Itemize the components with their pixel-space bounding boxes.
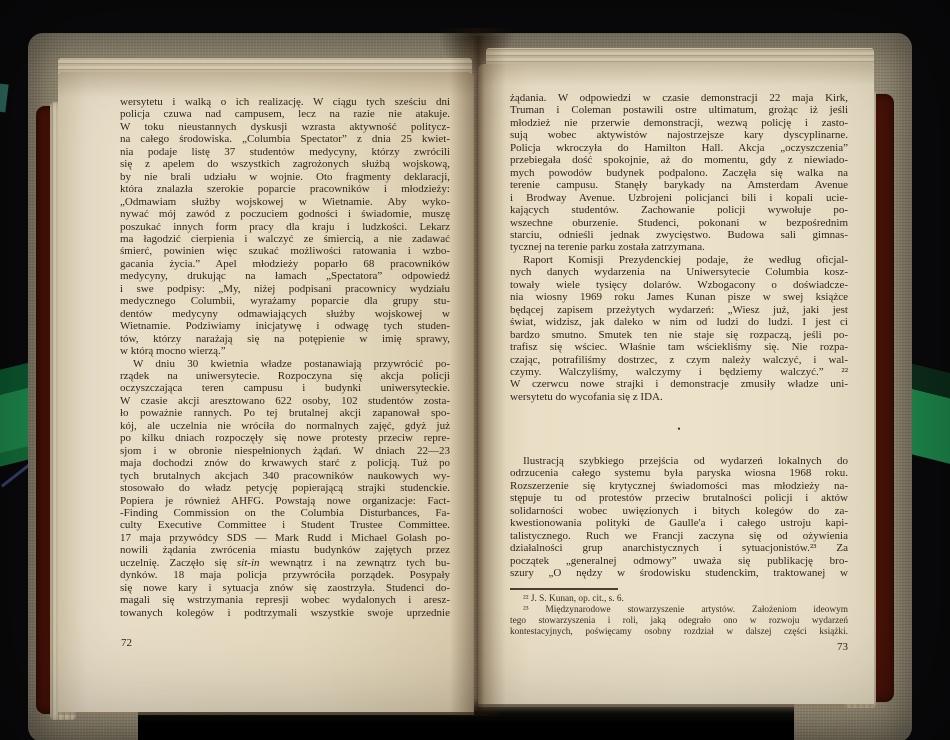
- page-72-text-block: wersytetu i walką o ich realizację. W ci…: [120, 96, 450, 619]
- text-line: dentów medycyny odmawiających służby woj…: [120, 308, 450, 320]
- text-line: świat, widzisz, jak daleko w nim od ludz…: [510, 316, 848, 328]
- text-line: szury „O nędzy w środowisku studenckim, …: [510, 567, 848, 579]
- text-line: tów, którzy narażają się na potępienie w…: [120, 333, 450, 345]
- text-line: po kilku dniach rozpoczęły się nowe prot…: [120, 432, 450, 444]
- text-line: nia wiosny 1969 roku James Kunan pisze w…: [510, 291, 848, 303]
- text-line: czymy. Walczyliśmy, walczymy i będziemy …: [510, 366, 848, 378]
- text-line: czając, potrafiliśmy dostrzec, z czym na…: [510, 354, 848, 366]
- text-line: -Finding Commission on the Columbia Dist…: [120, 507, 450, 519]
- text-line: tycznej na terenie parku została zatrzym…: [510, 241, 848, 253]
- text-line: mych powodów budynek podpalono. Zaczęła …: [510, 167, 848, 179]
- text-line: nych danych wydarzenia na Uniwersytecie …: [510, 266, 848, 278]
- text-line: W toku nieustannych dyskusji wzrasta akt…: [120, 121, 450, 133]
- text-line: gacania życia.” Apel młodzieży poparło 6…: [120, 258, 450, 270]
- text-line: oczyszczająca teren campusu i budynki un…: [120, 382, 450, 394]
- text-line: młodzież nie przerwie demonstracji, wezw…: [510, 117, 848, 129]
- book-gutter-shadow: [450, 36, 506, 716]
- text-line: maja dochodzi znów do krwawych starć z p…: [120, 457, 450, 469]
- text-line: działalności grup anarchistycznych i syt…: [510, 542, 848, 554]
- text-line: poszukać innych form pracy dla kraju i l…: [120, 221, 450, 233]
- text-line: Ilustracją szybkiego przejścia od wydarz…: [510, 455, 848, 467]
- text-line: W czasie akcji aresztowano 622 osoby, 10…: [120, 395, 450, 407]
- text-line: ło poważnie rannych. Po tej brutalnej ak…: [120, 407, 450, 419]
- text-line: medycyny, drukując na łamach „Spectatora…: [120, 270, 450, 282]
- text-line: Wietnamie. Podziwiamy inicjatywę i odwag…: [120, 320, 450, 332]
- text-line: kój, ale uczelnia nie wróciła do normaln…: [120, 420, 450, 432]
- text-line: Truman i Coleman postawili ostre ultimat…: [510, 104, 848, 116]
- text-line: nowili żądania zwrócenia miastu budynków…: [120, 544, 450, 556]
- text-line: magali się wstrzymania represji wobec wy…: [120, 594, 450, 606]
- page-number-73: 73: [510, 641, 848, 653]
- text-line: talistycznego. Ruch we Francji zaczyna s…: [510, 530, 848, 542]
- text-line: na całego środowiska. „Columbia Spectato…: [120, 133, 450, 145]
- text-line: trafisz się wściec. Właśnie tam wściekli…: [510, 341, 848, 353]
- background-teal-sliver: [0, 84, 9, 113]
- page-73-text-block-2: Ilustracją szybkiego przejścia od wydarz…: [510, 455, 848, 580]
- text-line: Popiera je również AHFG. Powstają nowe o…: [120, 495, 450, 507]
- text-line: „Odmawiam służby wojskowej w Wietnamie. …: [120, 196, 450, 208]
- page-73-footnotes: ²² J. S. Kunan, op. cit., s. 6.²³ Między…: [510, 594, 848, 638]
- text-line: Rozszerzenie się krytycznej świadomości …: [510, 480, 848, 492]
- text-line: 17 maja przywódcy SDS — Mark Rudd i Mich…: [120, 532, 450, 544]
- footnote-line: tego stowarzyszenia i roli, jaką odegrał…: [510, 616, 848, 627]
- text-line: wersytetu do wycofania się z IDA.: [510, 391, 848, 403]
- text-line: się nowe kary i sytuacja znów się zaostr…: [120, 582, 450, 594]
- text-line: sjom i w obronie niespełnionych żądań. W…: [120, 445, 450, 457]
- text-line: odrzucenia całego systemu była paryska w…: [510, 467, 848, 479]
- text-line: nia podaje listę 37 studentów medycyny, …: [120, 146, 450, 158]
- footnote-rule: [510, 588, 618, 590]
- text-line: żądania. W odpowiedzi w czasie demonstra…: [510, 92, 848, 104]
- text-line: i swe podpisy: „My, niżej podpisani prac…: [120, 283, 450, 295]
- text-line: culty Executive Committee i Student Trus…: [120, 519, 450, 531]
- text-line: nywać mój zawód z poczuciem godności i ś…: [120, 208, 450, 220]
- text-line: sują wobec aktywistów najostrzejsze kary…: [510, 129, 848, 141]
- text-line: solidarności wobec uwięzionych i bitych …: [510, 505, 848, 517]
- text-line: medycznego Columbii, wyrażamy poparcie d…: [120, 295, 450, 307]
- book-photo-scene: wersytetu i walką o ich realizację. W ci…: [0, 0, 950, 740]
- text-line: kwestionowania polityki de Gaulle'a i ca…: [510, 517, 848, 529]
- footnote-line: kontestacyjnych, poświęcamy osobny rozdz…: [510, 627, 848, 638]
- text-line: się z apelem do wszystkich zagrożonych s…: [120, 158, 450, 170]
- page-number-72: 72: [121, 637, 132, 649]
- text-line: kających studentów. Zachowanie policji w…: [510, 204, 848, 216]
- text-line: bardzo smutno. Smutek ten nie staje się …: [510, 329, 848, 341]
- text-line: śmierć, powinien więc szukać możliwości …: [120, 245, 450, 257]
- footnote-line: ²² J. S. Kunan, op. cit., s. 6.: [510, 594, 848, 605]
- text-line: i Brodway Avenue. Uzbrojeni policjanci b…: [510, 192, 848, 204]
- text-line: tych brutalnych akcjach 340 pracowników …: [120, 470, 450, 482]
- text-line: Raport Komisji Prezydenckiej podaje, że …: [510, 254, 848, 266]
- section-separator-dot: •: [510, 424, 848, 438]
- text-line: która znalazła szerokie poparcie pracown…: [120, 183, 450, 195]
- text-line: towały wiele tysięcy dolarów. Wzbogacony…: [510, 279, 848, 291]
- text-line: uczelnię. Zaczęło się sit-in wewnątrz i …: [120, 557, 450, 569]
- text-line: Policja wkroczyła do Hamilton Hall. Akcj…: [510, 142, 848, 154]
- text-line: starciu, odnieśli jednak zwycięstwo. Bud…: [510, 229, 848, 241]
- text-line: będącej zapisem przeżytych wydarzeń: „Wi…: [510, 304, 848, 316]
- text-line: W dniu 30 kwietnia władze postanawiają p…: [120, 358, 450, 370]
- page-73-text-block-1: żądania. W odpowiedzi w czasie demonstra…: [510, 92, 848, 403]
- text-line: rządek na uniwersytecie. Rozpoczyna się …: [120, 370, 450, 382]
- text-line: wersytetu i walką o ich realizację. W ci…: [120, 96, 450, 108]
- footnote-line: ²³ Międzynarodowe stowarzyszenie artystó…: [510, 605, 848, 616]
- text-line: wszechne oburzenie. Studenci, pokonani w…: [510, 217, 848, 229]
- text-line: przebiegała dość spokojnie, aż do moment…: [510, 154, 848, 166]
- text-line: stosowało do władz petycję popierającą s…: [120, 482, 450, 494]
- text-line: by nie brali udziału w wojnie. Oto fragm…: [120, 171, 450, 183]
- text-line: terenie campusu. Stanęły barykady na Ams…: [510, 179, 848, 191]
- text-line: W czerwcu nowe strajki i demonstracje zm…: [510, 378, 848, 390]
- text-line: dynków. 18 maja policja przywróciła porz…: [120, 569, 450, 581]
- text-line: policja czuwa nad campusem, lecz na razi…: [120, 108, 450, 120]
- text-line: w którą mocno wierzą.”: [120, 345, 450, 357]
- text-line: towanych kolegów i podtrzymali wszystkie…: [120, 607, 450, 619]
- text-line: początek „generalnej odmowy” uważa się p…: [510, 555, 848, 567]
- text-line: stępuje tu od protestów przeciw brutalno…: [510, 492, 848, 504]
- text-line: ma łagodzić cierpienia i walczyć ze śmie…: [120, 233, 450, 245]
